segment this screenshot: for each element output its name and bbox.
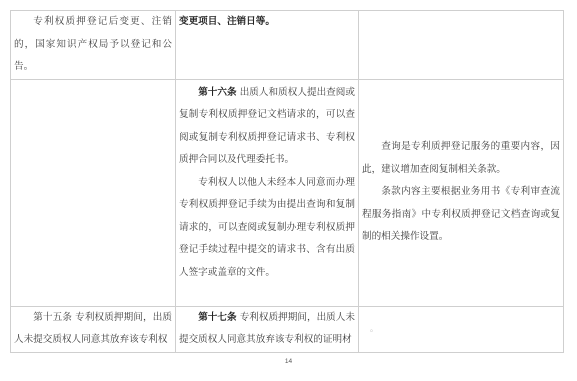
note-cell [359, 11, 564, 80]
table-row: 第十五条 专利权质押期间，出质人未提交质权人同意其放弃该专利权 第十七条 专利权… [11, 306, 564, 352]
original-text-cell: 第十五条 专利权质押期间，出质人未提交质权人同意其放弃该专利权 [11, 306, 176, 352]
note-cell: 。 [359, 306, 564, 352]
original-text-cell [11, 79, 176, 306]
revised-text-cell: 第十六条 出质人和质权人提出查阅或复制专利权质押登记文档请求的，可以查阅或复制专… [176, 79, 359, 306]
original-text-cell: 专利权质押登记后变更、注销的，国家知识产权局予以登记和公告。 [11, 11, 176, 80]
article-17-paragraph: 第十七条 专利权质押期间，出质人未提交质权人同意其放弃该专利权的证明材 [179, 307, 355, 352]
article-16-paragraph: 第十六条 出质人和质权人提出查阅或复制专利权质押登记文档请求的，可以查阅或复制专… [179, 82, 355, 172]
revised-text-cell: 第十七条 专利权质押期间，出质人未提交质权人同意其放弃该专利权的证明材 [176, 306, 359, 352]
comparison-table: 专利权质押登记后变更、注销的，国家知识产权局予以登记和公告。 变更项目、注销日等… [10, 10, 564, 353]
article-15-paragraph: 第十五条 专利权质押期间，出质人未提交质权人同意其放弃该专利权 [14, 307, 172, 352]
paragraph: 变更项目、注销日等。 [179, 11, 355, 34]
article-number: 第十六条 [198, 87, 236, 98]
note-paragraph: 条款内容主要根据业务用书《专利审查流程服务指南》中专利权质押登记文档查询或复制的… [362, 181, 560, 249]
note-paragraph: 查询是专利质押登记服务的重要内容，因此，建议增加查阅复制相关条款。 [362, 136, 560, 181]
article-number: 第十七条 [198, 312, 236, 323]
placeholder-mark: 。 [370, 324, 378, 333]
page-number: 14 [0, 358, 577, 365]
table-row: 专利权质押登记后变更、注销的，国家知识产权局予以登记和公告。 变更项目、注销日等… [11, 11, 564, 80]
paragraph: 专利权质押登记后变更、注销的，国家知识产权局予以登记和公告。 [14, 11, 172, 79]
paragraph: 专利权人以他人未经本人同意而办理专利权质押登记手续为由提出查询和复制请求的，可以… [179, 172, 355, 285]
article-number: 第十五条 [33, 312, 72, 323]
table-row: 第十六条 出质人和质权人提出查阅或复制专利权质押登记文档请求的，可以查阅或复制专… [11, 79, 564, 306]
revised-text-cell: 变更项目、注销日等。 [176, 11, 359, 80]
note-cell: 查询是专利质押登记服务的重要内容，因此，建议增加查阅复制相关条款。 条款内容主要… [359, 79, 564, 306]
